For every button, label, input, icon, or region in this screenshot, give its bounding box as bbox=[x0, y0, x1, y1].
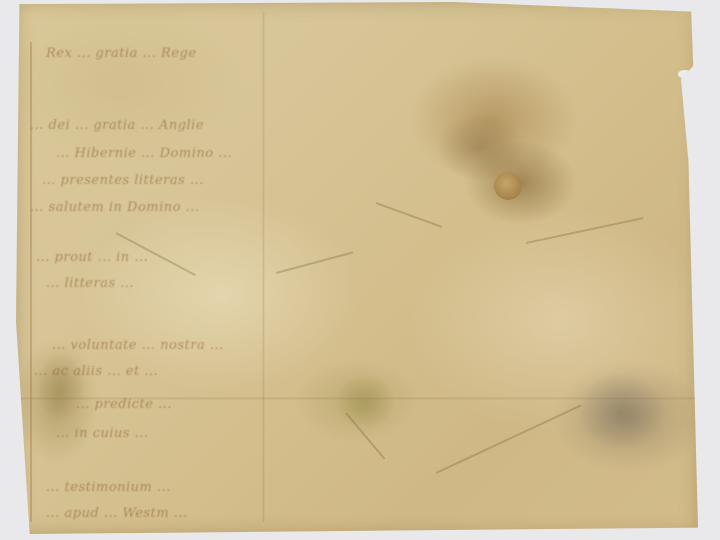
script-line: ... testimonium ... bbox=[46, 480, 171, 495]
script-line: ... Hibernie ... Domino ... bbox=[56, 146, 232, 161]
script-line: ... dei ... gratia ... Anglie bbox=[30, 118, 204, 133]
crease bbox=[376, 202, 442, 228]
crease bbox=[526, 217, 644, 244]
script-line: Rex ... gratia ... Rege bbox=[46, 46, 197, 61]
script-line: ... ac aliis ... et ... bbox=[34, 364, 158, 379]
script-line: ... presentes litteras ... bbox=[42, 173, 204, 188]
script-line: ... prout ... in ... bbox=[36, 250, 148, 265]
stain bbox=[436, 112, 526, 182]
crease bbox=[436, 404, 582, 473]
script-line: ... apud ... Westm ... bbox=[46, 506, 188, 521]
script-line: ... litteras ... bbox=[46, 276, 134, 291]
crease bbox=[276, 251, 354, 274]
stain bbox=[336, 372, 396, 432]
script-line: ... predicte ... bbox=[76, 397, 172, 412]
parchment-document: Rex ... gratia ... Rege ... dei ... grat… bbox=[16, 2, 698, 534]
vertical-fold-line bbox=[262, 12, 265, 522]
script-line: ... voluntate ... nostra ... bbox=[52, 338, 224, 353]
left-margin-rule bbox=[30, 42, 32, 522]
script-line: ... in cuius ... bbox=[56, 426, 149, 441]
script-line: ... salutem in Domino ... bbox=[30, 200, 199, 215]
seal-mark bbox=[494, 172, 522, 200]
stain bbox=[576, 372, 666, 452]
edge-tear bbox=[678, 70, 692, 78]
